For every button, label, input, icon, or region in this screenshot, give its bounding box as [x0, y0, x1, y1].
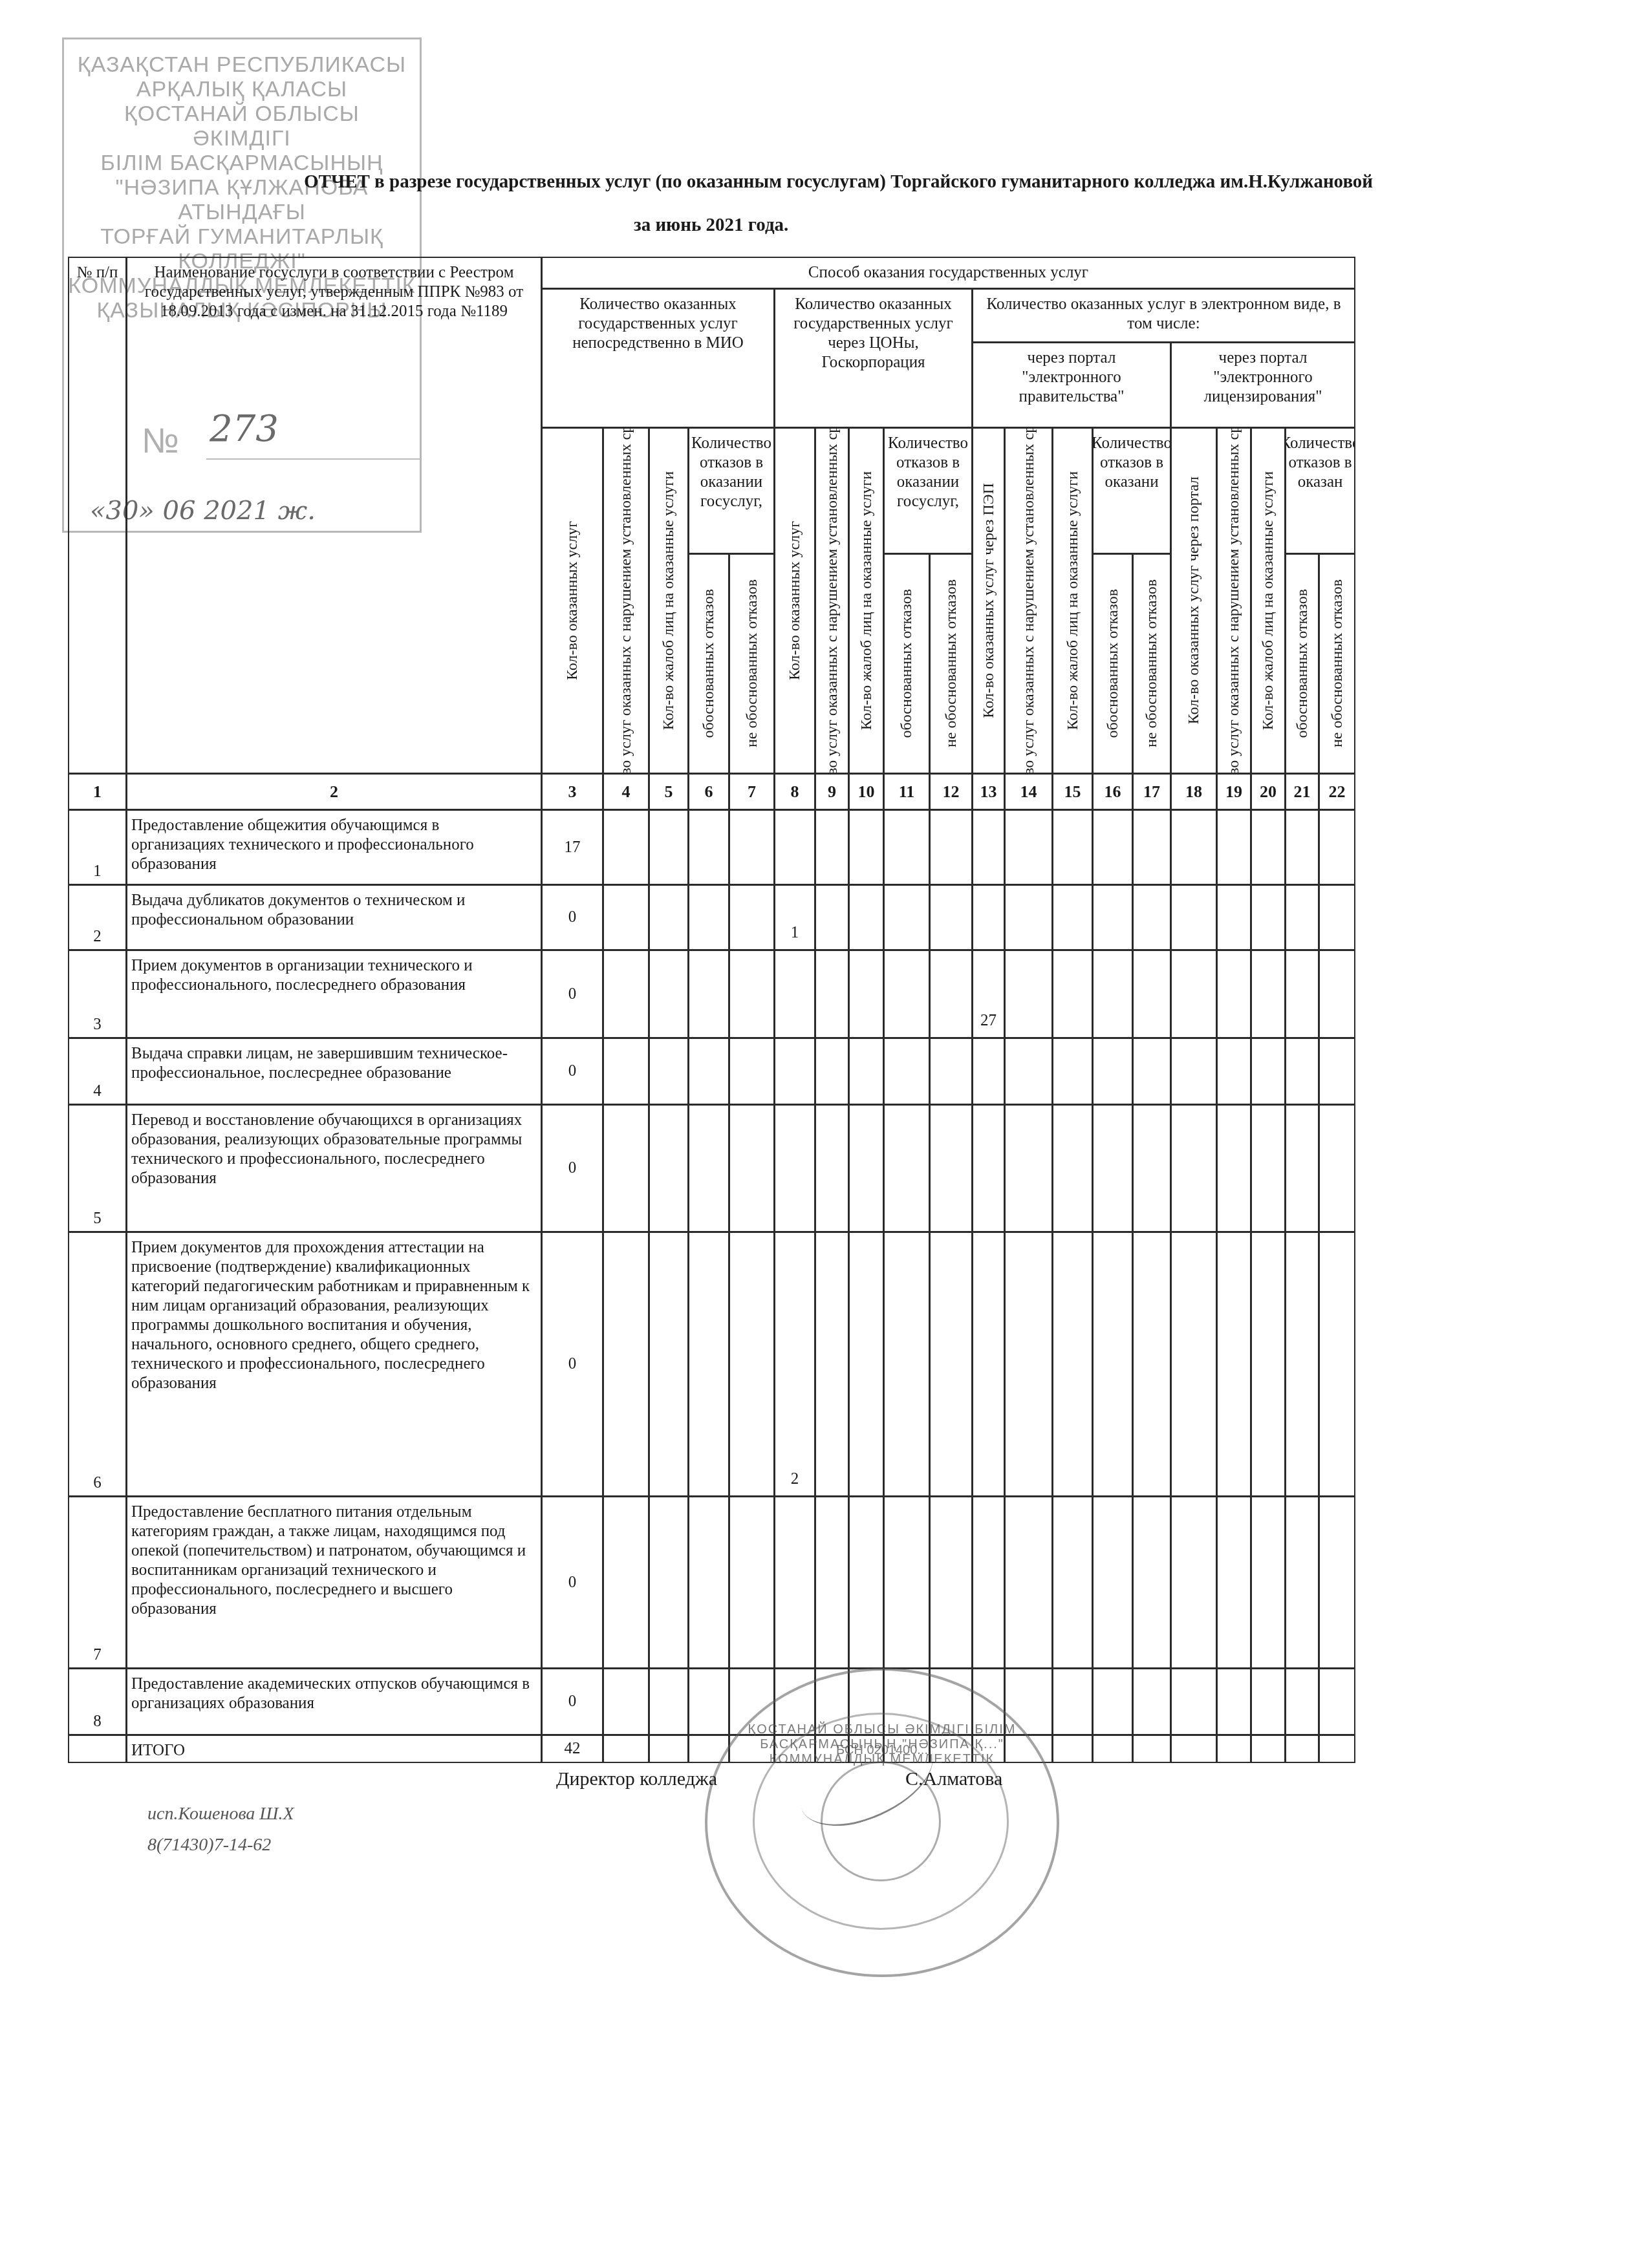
value-cell-c4: [603, 1232, 649, 1497]
executor: исп.Кошенова Ш.Х: [147, 1804, 294, 1824]
column-number: 3: [541, 773, 603, 810]
value-cell-c15: [1052, 809, 1093, 885]
header-c13-text: Кол-во оказанных услуг через ПЭП: [980, 483, 998, 718]
total-cell-c3: 42: [541, 1735, 603, 1763]
value-cell-c3: 0: [541, 1104, 603, 1232]
row-number: 2: [68, 884, 127, 950]
column-number: 22: [1319, 773, 1355, 810]
value-cell-c6: [688, 950, 729, 1038]
header-c21-text: обоснованных отказов: [1293, 589, 1311, 738]
value-cell-c14: [1004, 1038, 1053, 1105]
header-c10: Кол-во жалоб лиц на оказанные услуги: [848, 427, 884, 774]
column-number: 13: [972, 773, 1005, 810]
total-cell-c4: [603, 1735, 649, 1763]
column-number: 8: [774, 773, 815, 810]
header-refusals_mio: Количество отказов в оказании госуслуг,: [688, 427, 775, 554]
row-number: 6: [68, 1232, 127, 1497]
total-cell-c19: [1216, 1735, 1251, 1763]
header-con: Количество оказанных государственных усл…: [774, 288, 973, 428]
value-cell-c10: [848, 1038, 884, 1105]
value-cell-c18: [1170, 1104, 1217, 1232]
value-cell-c8: [774, 1496, 815, 1669]
column-number: 17: [1132, 773, 1171, 810]
value-cell-c17: [1132, 1104, 1171, 1232]
header-c17: не обоснованных отказов: [1132, 553, 1171, 774]
value-cell-c15: [1052, 884, 1093, 950]
value-cell-c11: [883, 950, 930, 1038]
header-refusals_elic: Количество отказов в оказан: [1285, 427, 1355, 554]
value-cell-c7: [729, 1038, 775, 1105]
value-cell-c6: [688, 809, 729, 885]
value-cell-c3: 0: [541, 1668, 603, 1735]
value-cell-c21: [1285, 1496, 1319, 1669]
value-cell-c16: [1092, 1104, 1133, 1232]
value-cell-c15: [1052, 1038, 1093, 1105]
service-name: Предоставление общежития обучающимся в о…: [126, 809, 542, 885]
stamp-line: ҚОСТАНАЙ ОБЛЫСЫ: [64, 102, 420, 126]
value-cell-c20: [1251, 809, 1286, 885]
value-cell-c21: [1285, 1668, 1319, 1735]
value-cell-c5: [649, 1104, 689, 1232]
value-cell-c7: [729, 809, 775, 885]
column-number: 11: [883, 773, 930, 810]
value-cell-c18: [1170, 1232, 1217, 1497]
value-cell-c14: [1004, 884, 1053, 950]
value-cell-c7: [729, 950, 775, 1038]
value-cell-c13: [972, 1104, 1005, 1232]
value-cell-c5: [649, 1496, 689, 1669]
value-cell-c13: [972, 1038, 1005, 1105]
value-cell-c11: [883, 1038, 930, 1105]
header-c20-text: Кол-во жалоб лиц на оказанные услуги: [1259, 471, 1277, 730]
service-name: Прием документов в организации техническ…: [126, 950, 542, 1038]
value-cell-c12: [929, 1038, 973, 1105]
value-cell-c11: [883, 884, 930, 950]
header-num: № п/п: [68, 257, 127, 774]
service-name: Прием документов для прохождения аттеста…: [126, 1232, 542, 1497]
value-cell-c7: [729, 1104, 775, 1232]
total-cell-c22: [1319, 1735, 1355, 1763]
header-c3: Кол-во оказанных услуг: [541, 427, 603, 774]
value-cell-c6: [688, 1496, 729, 1669]
row-number: 1: [68, 809, 127, 885]
value-cell-c3: 0: [541, 1038, 603, 1105]
service-name: Выдача справки лицам, не завершившим тех…: [126, 1038, 542, 1105]
header-mio: Количество оказанных государственных усл…: [541, 288, 775, 428]
header-method: Способ оказания государственных услуг: [541, 257, 1355, 289]
value-cell-c17: [1132, 884, 1171, 950]
header-c4-text: Кол-во услуг оказанных с нарушением уста…: [617, 427, 635, 774]
header-c5: Кол-во жалоб лиц на оказанные услуги: [649, 427, 689, 774]
value-cell-c12: [929, 884, 973, 950]
value-cell-c8: 1: [774, 884, 815, 950]
value-cell-c18: [1170, 1038, 1217, 1105]
value-cell-c5: [649, 1038, 689, 1105]
header-egov: через портал "электронного правительства…: [972, 342, 1171, 428]
value-cell-c10: [848, 809, 884, 885]
header-c7: не обоснованных отказов: [729, 553, 775, 774]
director-label: Директор колледжа: [556, 1768, 717, 1790]
value-cell-c9: [815, 1038, 849, 1105]
value-cell-c10: [848, 950, 884, 1038]
value-cell-c17: [1132, 809, 1171, 885]
header-c14: Кол-во услуг оказанных с нарушением уста…: [1004, 427, 1053, 774]
value-cell-c20: [1251, 1104, 1286, 1232]
row-number: 3: [68, 950, 127, 1038]
value-cell-c18: [1170, 1496, 1217, 1669]
value-cell-c8: [774, 1038, 815, 1105]
value-cell-c4: [603, 1496, 649, 1669]
value-cell-c9: [815, 1496, 849, 1669]
stamp-line: ҚАЗАҚСТАН РЕСПУБЛИКАСЫ: [64, 52, 420, 77]
column-number: 20: [1251, 773, 1286, 810]
value-cell-c3: 0: [541, 1232, 603, 1497]
total-cell-c5: [649, 1735, 689, 1763]
value-cell-c19: [1216, 950, 1251, 1038]
header-c16: обоснованных отказов: [1092, 553, 1133, 774]
value-cell-c22: [1319, 809, 1355, 885]
value-cell-c3: 17: [541, 809, 603, 885]
header-c11-text: обоснованных отказов: [898, 589, 916, 738]
header-c8: Кол-во оказанных услуг: [774, 427, 815, 774]
value-cell-c7: [729, 1232, 775, 1497]
value-cell-c19: [1216, 1496, 1251, 1669]
value-cell-c22: [1319, 1496, 1355, 1669]
value-cell-c17: [1132, 950, 1171, 1038]
value-cell-c19: [1216, 1668, 1251, 1735]
header-c11: обоснованных отказов: [883, 553, 930, 774]
value-cell-c13: [972, 1496, 1005, 1669]
total-cell-c16: [1092, 1735, 1133, 1763]
value-cell-c10: [848, 1104, 884, 1232]
value-cell-c9: [815, 809, 849, 885]
value-cell-c16: [1092, 1668, 1133, 1735]
value-cell-c10: [848, 1232, 884, 1497]
value-cell-c9: [815, 950, 849, 1038]
value-cell-c22: [1319, 1038, 1355, 1105]
value-cell-c10: [848, 884, 884, 950]
value-cell-c21: [1285, 950, 1319, 1038]
header-c15: Кол-во жалоб лиц на оказанные услуги: [1052, 427, 1093, 774]
value-cell-c22: [1319, 1668, 1355, 1735]
value-cell-c15: [1052, 1496, 1093, 1669]
value-cell-c15: [1052, 950, 1093, 1038]
header-c22-text: не обоснованных отказов: [1328, 579, 1346, 747]
header-c21: обоснованных отказов: [1285, 553, 1319, 774]
value-cell-c17: [1132, 1668, 1171, 1735]
value-cell-c11: [883, 1496, 930, 1669]
report-period: за июнь 2021 года.: [634, 215, 788, 236]
value-cell-c6: [688, 1038, 729, 1105]
column-number: 14: [1004, 773, 1053, 810]
value-cell-c19: [1216, 884, 1251, 950]
value-cell-c22: [1319, 884, 1355, 950]
header-c3-text: Кол-во оказанных услуг: [563, 521, 581, 680]
column-number: 15: [1052, 773, 1093, 810]
value-cell-c18: [1170, 884, 1217, 950]
header-c12: не обоснованных отказов: [929, 553, 973, 774]
value-cell-c19: [1216, 1232, 1251, 1497]
value-cell-c16: [1092, 950, 1133, 1038]
value-cell-c21: [1285, 1038, 1319, 1105]
value-cell-c19: [1216, 809, 1251, 885]
value-cell-c21: [1285, 1232, 1319, 1497]
column-number: 5: [649, 773, 689, 810]
value-cell-c5: [649, 1668, 689, 1735]
header-c19-text: Кол-во услуг оказанных с нарушением уста…: [1225, 427, 1243, 774]
value-cell-c8: [774, 809, 815, 885]
value-cell-c14: [1004, 1104, 1053, 1232]
value-cell-c9: [815, 1232, 849, 1497]
value-cell-c15: [1052, 1232, 1093, 1497]
header-c6-text: обоснованных отказов: [700, 589, 718, 738]
header-c8-text: Кол-во оказанных услуг: [786, 521, 804, 680]
total-cell-c18: [1170, 1735, 1217, 1763]
header-c7-text: не обоснованных отказов: [743, 579, 761, 747]
value-cell-c5: [649, 809, 689, 885]
value-cell-c14: [1004, 1232, 1053, 1497]
value-cell-c16: [1092, 809, 1133, 885]
header-refusals_egov: Количество отказов в оказани: [1092, 427, 1171, 554]
value-cell-c4: [603, 950, 649, 1038]
total-cell-c20: [1251, 1735, 1286, 1763]
header-electronic: Количество оказанных услуг в электронном…: [972, 288, 1355, 343]
stamp-line: ӘКІМДІГІ: [64, 126, 420, 151]
service-name: Перевод и восстановление обучающихся в о…: [126, 1104, 542, 1232]
value-cell-c7: [729, 1496, 775, 1669]
value-cell-c20: [1251, 1232, 1286, 1497]
value-cell-c20: [1251, 1668, 1286, 1735]
stamp-line: АРҚАЛЫҚ ҚАЛАСЫ: [64, 77, 420, 102]
total-label: ИТОГО: [126, 1735, 542, 1763]
value-cell-c17: [1132, 1038, 1171, 1105]
value-cell-c3: 0: [541, 884, 603, 950]
header-c20: Кол-во жалоб лиц на оказанные услуги: [1251, 427, 1286, 774]
column-number: 7: [729, 773, 775, 810]
value-cell-c3: 0: [541, 950, 603, 1038]
header-c13: Кол-во оказанных услуг через ПЭП: [972, 427, 1005, 774]
header-c9: Кол-во услуг оказанных с нарушением уста…: [815, 427, 849, 774]
value-cell-c14: [1004, 809, 1053, 885]
column-number: 18: [1170, 773, 1217, 810]
value-cell-c9: [815, 884, 849, 950]
row-number: 7: [68, 1496, 127, 1669]
header-c16-text: обоснованных отказов: [1104, 589, 1122, 738]
value-cell-c20: [1251, 1496, 1286, 1669]
header-refusals_con: Количество отказов в оказании госуслуг,: [883, 427, 973, 554]
value-cell-c8: 2: [774, 1232, 815, 1497]
value-cell-c22: [1319, 1232, 1355, 1497]
value-cell-c11: [883, 809, 930, 885]
value-cell-c15: [1052, 1104, 1093, 1232]
value-cell-c20: [1251, 950, 1286, 1038]
value-cell-c14: [1004, 950, 1053, 1038]
row-number: 4: [68, 1038, 127, 1105]
value-cell-c5: [649, 950, 689, 1038]
value-cell-c15: [1052, 1668, 1093, 1735]
header-c4: Кол-во услуг оказанных с нарушением уста…: [603, 427, 649, 774]
value-cell-c13: [972, 884, 1005, 950]
header-c19: Кол-во услуг оказанных с нарушением уста…: [1216, 427, 1251, 774]
value-cell-c16: [1092, 1496, 1133, 1669]
report-title: ОТЧЕТ в разрезе государственных услуг (п…: [304, 171, 1468, 193]
header-c12-text: не обоснованных отказов: [942, 579, 960, 747]
value-cell-c22: [1319, 1104, 1355, 1232]
value-cell-c4: [603, 1668, 649, 1735]
header-c22: не обоснованных отказов: [1319, 553, 1355, 774]
header-c5-text: Кол-во жалоб лиц на оказанные услуги: [660, 471, 678, 730]
total-cell-c15: [1052, 1735, 1093, 1763]
total-cell-c17: [1132, 1735, 1171, 1763]
value-cell-c8: [774, 950, 815, 1038]
service-name: Выдача дубликатов документов о техническ…: [126, 884, 542, 950]
total-num-cell: [68, 1735, 127, 1763]
column-number: 4: [603, 773, 649, 810]
value-cell-c16: [1092, 1038, 1133, 1105]
value-cell-c16: [1092, 884, 1133, 950]
header-c18-text: Кол-во оказанных услуг через портал: [1185, 476, 1203, 724]
value-cell-c20: [1251, 1038, 1286, 1105]
stamp-line: ТОРҒАЙ ГУМАНИТАРЛЫҚ: [64, 224, 420, 249]
value-cell-c4: [603, 1038, 649, 1105]
header-name: Наименование госуслуги в соответствии с …: [126, 257, 542, 774]
value-cell-c5: [649, 1232, 689, 1497]
header-c15-text: Кол-во жалоб лиц на оказанные услуги: [1064, 471, 1082, 730]
value-cell-c20: [1251, 884, 1286, 950]
value-cell-c13: [972, 1232, 1005, 1497]
column-number: 10: [848, 773, 884, 810]
value-cell-c6: [688, 1104, 729, 1232]
value-cell-c12: [929, 809, 973, 885]
column-number: 16: [1092, 773, 1133, 810]
column-number: 6: [688, 773, 729, 810]
service-name: Предоставление бесплатного питания отдел…: [126, 1496, 542, 1669]
value-cell-c22: [1319, 950, 1355, 1038]
total-cell-c21: [1285, 1735, 1319, 1763]
value-cell-c6: [688, 1232, 729, 1497]
column-number: 21: [1285, 773, 1319, 810]
column-number: 19: [1216, 773, 1251, 810]
report-table: № п/пНаименование госуслуги в соответств…: [69, 257, 1355, 1763]
value-cell-c14: [1004, 1496, 1053, 1669]
column-number: 12: [929, 773, 973, 810]
value-cell-c18: [1170, 950, 1217, 1038]
value-cell-c19: [1216, 1104, 1251, 1232]
column-number: 1: [68, 773, 127, 810]
value-cell-c7: [729, 884, 775, 950]
value-cell-c5: [649, 884, 689, 950]
value-cell-c21: [1285, 884, 1319, 950]
value-cell-c13: 27: [972, 950, 1005, 1038]
value-cell-c4: [603, 1104, 649, 1232]
value-cell-c8: [774, 1104, 815, 1232]
header-c9-text: Кол-во услуг оказанных с нарушением уста…: [823, 427, 841, 774]
header-elicense: через портал "электронного лицензировани…: [1170, 342, 1355, 428]
header-c6: обоснованных отказов: [688, 553, 729, 774]
value-cell-c17: [1132, 1232, 1171, 1497]
value-cell-c12: [929, 1104, 973, 1232]
value-cell-c6: [688, 884, 729, 950]
value-cell-c19: [1216, 1038, 1251, 1105]
executor-phone: 8(71430)7-14-62: [147, 1835, 271, 1856]
value-cell-c12: [929, 1496, 973, 1669]
value-cell-c13: [972, 809, 1005, 885]
value-cell-c3: 0: [541, 1496, 603, 1669]
value-cell-c16: [1092, 1232, 1133, 1497]
round-seal: ҚОСТАНАЙ ОБЛЫСЫ ӘКІМДІГІ БІЛІМ БАСҚАРМАС…: [705, 1668, 1059, 1977]
value-cell-c10: [848, 1496, 884, 1669]
value-cell-c17: [1132, 1496, 1171, 1669]
header-c18: Кол-во оказанных услуг через портал: [1170, 427, 1217, 774]
value-cell-c12: [929, 950, 973, 1038]
service-name: Предоставление академических отпусков об…: [126, 1668, 542, 1735]
value-cell-c18: [1170, 1668, 1217, 1735]
stamp-line: АТЫНДАҒЫ: [64, 200, 420, 224]
column-number: 9: [815, 773, 849, 810]
row-number: 8: [68, 1668, 127, 1735]
value-cell-c4: [603, 809, 649, 885]
value-cell-c21: [1285, 1104, 1319, 1232]
header-c14-text: Кол-во услуг оказанных с нарушением уста…: [1020, 427, 1038, 774]
column-number: 2: [126, 773, 542, 810]
value-cell-c18: [1170, 809, 1217, 885]
value-cell-c11: [883, 1104, 930, 1232]
value-cell-c4: [603, 884, 649, 950]
value-cell-c11: [883, 1232, 930, 1497]
header-c17-text: не обоснованных отказов: [1143, 579, 1161, 747]
header-c10-text: Кол-во жалоб лиц на оказанные услуги: [857, 471, 876, 730]
value-cell-c21: [1285, 809, 1319, 885]
value-cell-c9: [815, 1104, 849, 1232]
row-number: 5: [68, 1104, 127, 1232]
value-cell-c12: [929, 1232, 973, 1497]
director-name: С.Алматова: [905, 1768, 1002, 1790]
